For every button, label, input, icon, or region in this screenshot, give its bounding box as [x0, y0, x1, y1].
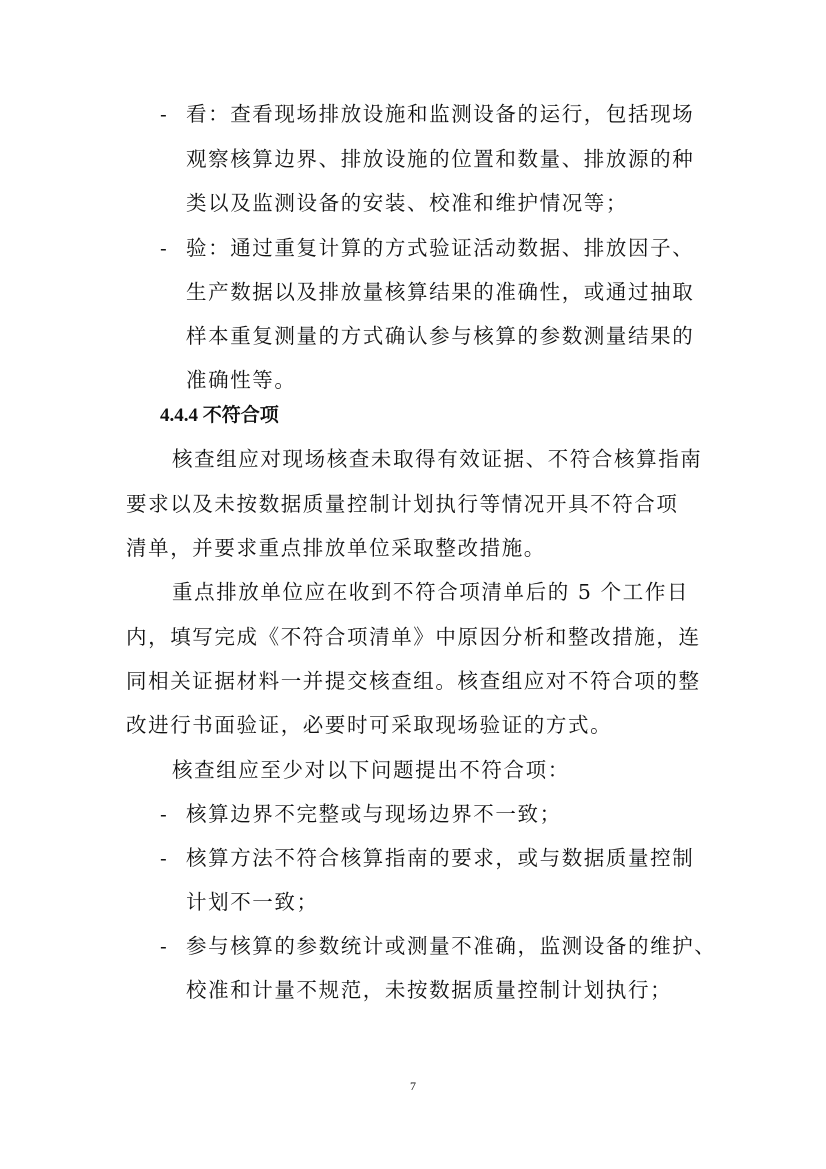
paragraph-line: 核查组应至少对以下问题提出不符合项： [172, 756, 570, 784]
bullet-line: 参与核算的参数统计或测量不准确，监测设备的维护、 [186, 932, 716, 960]
bullet-dash: - [160, 932, 167, 960]
paragraph-line: 清单，并要求重点排放单位采取整改措施。 [126, 534, 546, 562]
bullet-line: 核算边界不完整或与现场边界不一致； [186, 800, 562, 828]
section-heading: 4.4.4 不符合项 [160, 402, 279, 430]
paragraph-line: 重点排放单位应在收到不符合项清单后的 5 个工作日 [172, 578, 689, 606]
document-page: - 看：查看现场排放设施和监测设备的运行，包括现场 观察核算边界、排放设施的位置… [0, 0, 826, 1169]
bullet-dash: - [160, 844, 167, 872]
bullet-line: 校准和计量不规范，未按数据质量控制计划执行； [186, 976, 672, 1004]
paragraph-line: 要求以及未按数据质量控制计划执行等情况开具不符合项 [126, 490, 679, 518]
bullet-line: 生产数据以及排放量核算结果的准确性，或通过抽取 [186, 278, 694, 306]
page-number: 7 [0, 1079, 826, 1094]
bullet-line: 准确性等。 [186, 366, 297, 394]
bullet-dash: - [160, 234, 167, 262]
bullet-line: 核算方法不符合核算指南的要求，或与数据质量控制 [186, 844, 694, 872]
bullet-line: 类以及监测设备的安装、校准和维护情况等； [186, 189, 628, 217]
bullet-line: 验：通过重复计算的方式验证活动数据、排放因子、 [186, 234, 694, 262]
bullet-line: 样本重复测量的方式确认参与核算的参数测量结果的 [186, 322, 694, 350]
paragraph-line: 核查组应对现场核查未取得有效证据、不符合核算指南 [172, 445, 702, 473]
bullet-line: 观察核算边界、排放设施的位置和数量、排放源的种 [186, 145, 694, 173]
bullet-dash: - [160, 800, 167, 828]
bullet-line: 计划不一致； [186, 888, 319, 916]
paragraph-line: 内，填写完成《不符合项清单》中原因分析和整改措施，连 [126, 623, 701, 651]
paragraph-line: 改进行书面验证，必要时可采取现场验证的方式。 [126, 711, 612, 739]
paragraph-line: 同相关证据材料一并提交核查组。核查组应对不符合项的整 [126, 667, 701, 695]
bullet-dash: - [160, 100, 167, 128]
bullet-line: 看：查看现场排放设施和监测设备的运行，包括现场 [186, 100, 694, 128]
